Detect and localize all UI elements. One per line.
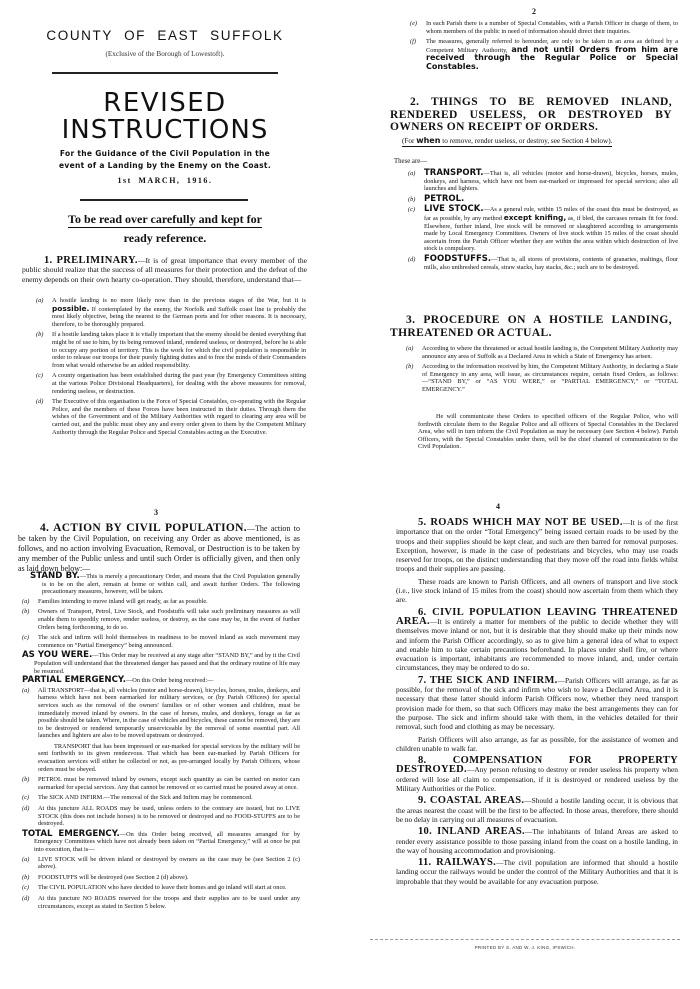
stand-by-item: (a)Families intending to move inland wil…: [20, 598, 300, 606]
item-marker: (a): [22, 598, 29, 606]
page-number: 3: [146, 508, 166, 517]
section-1-heading: 1. PRELIMINARY.: [44, 255, 138, 266]
item-heading: PETROL.: [424, 194, 464, 204]
item-marker: (a): [22, 856, 29, 864]
partial-emergency-heading: PARTIAL EMERGENCY.: [22, 675, 126, 685]
section-text: —It is of the first importance that on t…: [396, 518, 678, 573]
section-4-intro: 4. ACTION BY CIVIL POPULATION.—The actio…: [18, 523, 300, 574]
divider: [80, 199, 248, 201]
item-marker: (b): [22, 608, 29, 616]
subtitle-line-2: event of a Landing by the Enemy on the C…: [20, 160, 310, 172]
subtitle-line-1: For the Guidance of the Civil Population…: [20, 148, 310, 160]
section-1: 1. PRELIMINARY.—It is of great importanc…: [22, 256, 307, 284]
as-you-were-order: AS YOU WERE.—This Order may be received …: [22, 652, 300, 675]
section-2-note: (For when to remove, render useless, or …: [402, 136, 674, 147]
item-heading: FOODSTUFFS.: [424, 254, 491, 264]
section-1-item: (e)In each Parish there is a number of S…: [408, 20, 678, 35]
section-2-items: (a)TRANSPORT.—That is, all vehicles (mot…: [406, 170, 678, 274]
section-2-heading: 2. THINGS TO BE REMOVED INLAND, RENDERED…: [390, 96, 672, 134]
section-paragraph: These roads are known to Parish Officers…: [396, 577, 678, 605]
item-marker: (a): [36, 297, 43, 305]
section-2-item: (b)PETROL.: [406, 196, 678, 204]
item-marker: (a): [406, 345, 413, 353]
page-2: 2 (e)In each Parish there is a number of…: [350, 0, 700, 495]
item-marker: (d): [22, 895, 29, 903]
county-title: COUNTY OF EAST SUFFOLK: [30, 28, 300, 43]
item-text: The CIVIL POPULATION who have decided to…: [38, 884, 287, 891]
exclusive-note: (Exclusive of the Borough of Lowestoft).: [60, 50, 270, 58]
item-text: At this juncture ALL ROADS may be used, …: [38, 805, 300, 827]
item-marker: (b): [22, 776, 29, 784]
item-marker: (c): [22, 634, 29, 642]
section-1-item: (b)If a hostile landing takes place it i…: [34, 331, 306, 369]
item-text: The sick and infirm will hold themselves…: [38, 634, 300, 649]
section-3-paragraph: He will communicate these Orders to spec…: [418, 413, 678, 451]
total-emergency-items: (a)LIVE STOCK will be driven inland or d…: [20, 856, 300, 911]
section-1-item: (d)The Executive of this organisation is…: [34, 398, 306, 436]
sections-5-to-11: 5. ROADS WHICH MAY NOT BE USED.—It is of…: [396, 518, 678, 889]
stand-by-item: (c)The sick and infirm will hold themsel…: [20, 634, 300, 649]
section-2-item: (d)FOODSTUFFS.—That is, all stores of pr…: [406, 256, 678, 271]
total-emergency-item: (a)LIVE STOCK will be driven inland or d…: [20, 856, 300, 871]
title-instructions: INSTRUCTIONS: [30, 117, 300, 143]
partial-emergency-items: (a)All TRANSPORT—that is, all vehicles (…: [20, 687, 300, 828]
item-text: If contemplated by the enemy, the Norfol…: [52, 306, 306, 328]
partial-emergency-order: PARTIAL EMERGENCY.—On this Order being r…: [22, 677, 300, 685]
read-over-line-2: ready reference.: [30, 229, 300, 248]
section-9: 9. COASTAL AREAS.—Should a hostile landi…: [396, 796, 678, 824]
item-marker: (a): [408, 170, 415, 178]
stand-by-item: (b)Owners of Transport, Petrol, Live Sto…: [20, 608, 300, 631]
section-2-item: (a)TRANSPORT.—That is, all vehicles (mot…: [406, 170, 678, 193]
section-10: 10. INLAND AREAS.—The inhabitants of Inl…: [396, 827, 678, 855]
footer-divider: [370, 939, 680, 940]
partial-emergency-item: (c)The SICK AND INFIRM.—The removal of t…: [20, 794, 300, 802]
item-marker: (f): [410, 38, 416, 46]
page-3: 3 4. ACTION BY CIVIL POPULATION.—The act…: [0, 494, 350, 989]
partial-emergency-text: —On this Order being received:—: [126, 677, 213, 684]
section-1-items: (a)A hostile landing is no more likely n…: [34, 297, 306, 439]
item-marker: (c): [22, 794, 29, 802]
section-5: 5. ROADS WHICH MAY NOT BE USED.—It is of…: [396, 518, 678, 574]
item-marker: (b): [406, 363, 413, 371]
item-marker: (e): [410, 20, 417, 28]
section-4-heading: 4. ACTION BY CIVIL POPULATION.: [40, 522, 247, 534]
section-1-item: (c)A county organisation has been establ…: [34, 372, 306, 395]
item-text: At this juncture NO ROADS reserved for t…: [38, 895, 300, 910]
item-marker: (b): [22, 874, 29, 882]
item-text: Families intending to move inland will g…: [38, 598, 208, 605]
partial-emergency-item: (b)PETROL must be removed inland by owne…: [20, 776, 300, 791]
section-1-item: (a)A hostile landing is no more likely n…: [34, 297, 306, 328]
item-text: If a hostile landing takes place it is v…: [52, 331, 306, 368]
section-3-items: (a)According to where the threatened or …: [404, 345, 678, 397]
item-marker: (c): [22, 884, 29, 892]
read-over-line-1: To be read over carefully and kept for: [68, 212, 262, 228]
item-text: LIVE STOCK will be driven inland or dest…: [38, 856, 300, 871]
stand-by-text: —This is merely a precautionary Order, a…: [42, 573, 300, 595]
these-are-label: These are—: [394, 158, 427, 165]
item-text: PETROL must be removed inland by owners,…: [38, 776, 300, 791]
item-marker: (d): [22, 805, 29, 813]
page-1: COUNTY OF EAST SUFFOLK (Exclusive of the…: [0, 0, 350, 495]
item-text: A hostile landing is no more likely now …: [52, 297, 306, 304]
read-over-notice: To be read over carefully and kept for r…: [30, 210, 300, 248]
page-number: 4: [488, 502, 508, 511]
section-1-continued-items: (e)In each Parish there is a number of S…: [408, 20, 678, 75]
item-marker: (c): [408, 206, 415, 214]
printer-imprint: PRINTED BY S. AND W. J. KING, IPSWICH.: [350, 945, 700, 950]
section-1-item: (f)The measures, generally referred to h…: [408, 38, 678, 71]
item-text: The Executive of this organisation is th…: [52, 398, 306, 435]
item-text: In each Parish there is a number of Spec…: [426, 20, 678, 35]
page-4: 4 5. ROADS WHICH MAY NOT BE USED.—It is …: [350, 494, 700, 989]
section-11: 11. RAILWAYS.—The civil population are i…: [396, 858, 678, 886]
section-paragraph: Parish Officers will also arrange, as fa…: [396, 735, 678, 754]
item-marker: (b): [36, 331, 43, 339]
item-marker: (b): [408, 196, 415, 204]
partial-emergency-item: (d)At this juncture ALL ROADS may be use…: [20, 805, 300, 828]
partial-emergency-item: (a)All TRANSPORT—that is, all vehicles (…: [20, 687, 300, 740]
item-text: Owners of Transport, Petrol, Live Stock,…: [38, 608, 300, 630]
section-6: 6. CIVIL POPULATION LEAVING THREATENED A…: [396, 608, 678, 673]
item-heading: LIVE STOCK.: [424, 204, 484, 214]
item-heading: TRANSPORT.: [424, 168, 484, 178]
page-number: 2: [524, 7, 544, 16]
total-emergency-heading: TOTAL EMERGENCY.: [22, 829, 120, 839]
item-emphasis: except knifing,: [504, 213, 566, 222]
section-text: —Parish Officers will arrange, as far as…: [396, 676, 678, 731]
issue-date: 1st MARCH, 1916.: [60, 176, 270, 185]
title-revised: REVISED: [30, 90, 300, 116]
total-emergency-order: TOTAL EMERGENCY.—On this Order being rec…: [22, 831, 300, 854]
item-text: According to where the threatened or act…: [422, 345, 678, 360]
section-3-heading: 3. PROCEDURE ON A HOSTILE LANDING, THREA…: [390, 314, 672, 339]
section-3-item: (b)According to the information received…: [404, 363, 678, 393]
partial-emergency-item: TRANSPORT that has been impressed or ear…: [20, 743, 300, 773]
item-text: TRANSPORT that has been impressed or ear…: [38, 743, 300, 773]
total-emergency-item: (b)FOODSTUFFS will be destroyed (see Sec…: [20, 874, 300, 882]
as-you-were-heading: AS YOU WERE.: [22, 650, 92, 660]
item-marker: (d): [408, 256, 415, 264]
item-marker: (d): [36, 398, 43, 406]
item-text: FOODSTUFFS will be destroyed (see Sectio…: [38, 874, 189, 881]
divider: [52, 72, 278, 74]
section-8: 8. COMPENSATION FOR PROPERTY DESTROYED.—…: [396, 756, 678, 793]
item-marker: (a): [22, 687, 29, 695]
item-text: According to the information received by…: [422, 363, 678, 393]
item-text: All TRANSPORT—that is, all vehicles (mot…: [38, 687, 300, 740]
item-text: A county organisation has been establish…: [52, 372, 306, 394]
subtitle: For the Guidance of the Civil Population…: [20, 148, 310, 172]
item-marker: (c): [36, 372, 43, 380]
section-2-item: (c)LIVE STOCK.—As a general rule, within…: [406, 206, 678, 253]
stand-by-items: (a)Families intending to move inland wil…: [20, 598, 300, 650]
section-7: 7. THE SICK AND INFIRM.—Parish Officers …: [396, 676, 678, 732]
total-emergency-item: (c)The CIVIL POPULATION who have decided…: [20, 884, 300, 892]
section-4-orders: STAND BY.—This is merely a precautionary…: [30, 573, 300, 913]
stand-by-order: STAND BY.—This is merely a precautionary…: [30, 573, 300, 596]
item-text: The SICK AND INFIRM.—The removal of the …: [38, 794, 253, 801]
stand-by-heading: STAND BY.: [30, 571, 80, 581]
section-3-item: (a)According to where the threatened or …: [404, 345, 678, 360]
total-emergency-item: (d)At this juncture NO ROADS reserved fo…: [20, 895, 300, 910]
section-text: —It is entirely a matter for members of …: [396, 617, 678, 672]
item-emphasis: possible.: [52, 304, 89, 313]
